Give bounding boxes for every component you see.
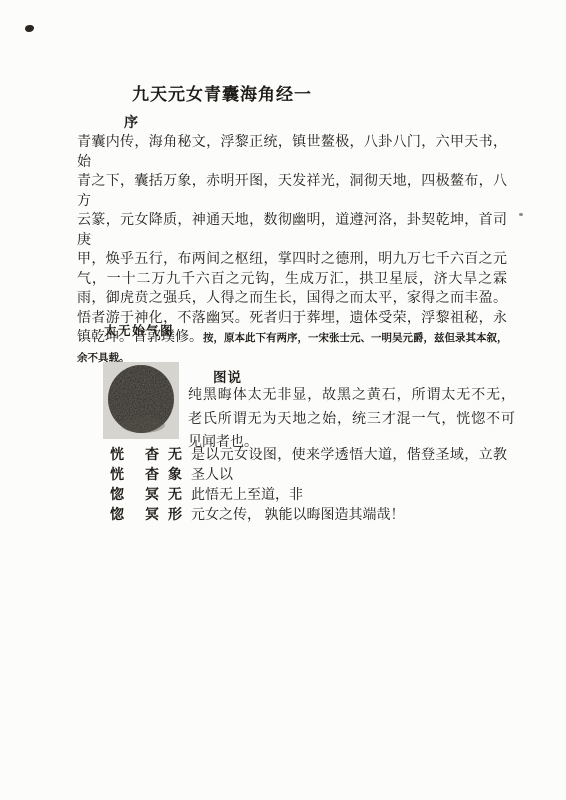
page-title: 九天元女青囊海角经一 bbox=[132, 80, 312, 105]
preface-line: 甲，焕乎五行，布两间之枢纽，掌四时之德刑，明九万七千六百之元 bbox=[77, 250, 507, 270]
preface-line: 气，一十二万九千六百之元钩，生成万汇，拱卫星辰，济大旱之霖 bbox=[77, 270, 507, 290]
mnemonic-row: 恍 杳 无 是以元女设图，使来学透悟大道，偕登圣域，立教 bbox=[0, 444, 566, 464]
black-circle-graphic bbox=[103, 362, 179, 439]
mnemonic-row: 惚 冥 无 此悟无上至道，非 bbox=[0, 484, 566, 504]
mnemonic-char: 杳 bbox=[145, 464, 159, 484]
mnemonic-text: 圣人以 bbox=[191, 464, 507, 484]
mnemonic-char: 无 bbox=[168, 484, 182, 504]
diagram-section-heading: 太无始气图 bbox=[104, 321, 174, 339]
scan-speck-right bbox=[519, 213, 523, 216]
mnemonic-char: 无 bbox=[168, 444, 182, 464]
editor-note: 按，原本此下有两序，一宋张士元、一明吴元爵，兹但录其本叙， bbox=[203, 333, 508, 344]
scanned-book-page: 九天元女青囊海角经一 序 青囊内传，海角秘文，浮黎正统，镇世鳌极，八卦八门，六甲… bbox=[0, 0, 566, 800]
scan-speck-top-left bbox=[25, 25, 34, 32]
mnemonic-row: 惚 冥 形 元女之传， 孰能以晦图造其端哉！ bbox=[0, 504, 566, 524]
mnemonic-char: 形 bbox=[168, 504, 182, 524]
mnemonic-char: 冥 bbox=[145, 484, 159, 504]
mnemonic-char: 杳 bbox=[145, 444, 159, 464]
mnemonic-char: 惚 bbox=[110, 484, 124, 504]
preface-line: 青囊内传，海角秘文，浮黎正统，镇世鳌极，八卦八门，六甲天书，始 bbox=[77, 133, 507, 172]
mnemonic-text: 此悟无上至道，非 bbox=[191, 484, 507, 504]
mnemonic-char: 冥 bbox=[145, 504, 159, 524]
preface-line: 青之下，囊括万象，赤明开图，天发祥光，洞彻天地，四极鳌布，八方 bbox=[77, 172, 507, 211]
caption-line: 纯黑晦体太无非显，故黑之黄石，所谓太无不无， bbox=[188, 384, 515, 408]
mnemonic-table: 恍 杳 无 是以元女设图，使来学透悟大道，偕登圣域，立教 恍 杳 象 圣人以 惚… bbox=[0, 444, 566, 524]
caption-line: 老氏所谓无为天地之始，统三才混一气，恍惚不可 bbox=[188, 408, 515, 432]
primordial-qi-diagram-image bbox=[103, 362, 179, 439]
mnemonic-text: 元女之传， 孰能以晦图造其端哉！ bbox=[191, 504, 507, 524]
preface-line: 云篆，元女降质，神通天地，数彻幽明，道遵河洛，卦契乾坤，首司庚 bbox=[77, 211, 507, 250]
mnemonic-char: 恍 bbox=[110, 464, 124, 484]
mnemonic-text: 是以元女设图，使来学透悟大道，偕登圣域，立教 bbox=[191, 444, 507, 464]
mnemonic-row: 恍 杳 象 圣人以 bbox=[0, 464, 566, 484]
caption-heading: 图说 bbox=[213, 366, 242, 386]
mnemonic-char: 恍 bbox=[110, 444, 124, 464]
preface-line: 雨，御虎贲之强兵，人得之而生长，国得之而太平，家得之而丰盈。 bbox=[77, 289, 507, 309]
mnemonic-char: 惚 bbox=[110, 504, 124, 524]
mnemonic-char: 象 bbox=[168, 464, 182, 484]
preface-heading: 序 bbox=[124, 112, 138, 132]
